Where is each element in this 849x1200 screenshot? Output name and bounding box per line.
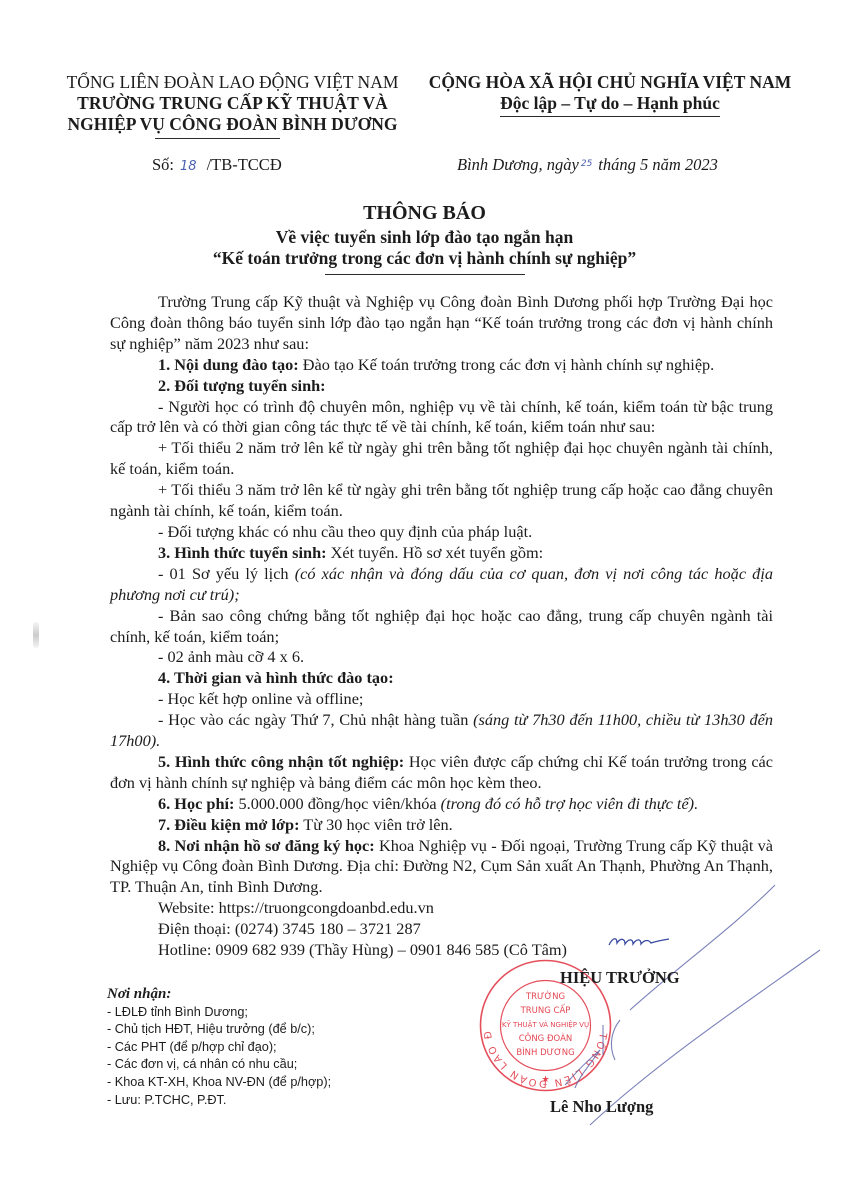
- section-3-item: - 02 ảnh màu cỡ 4 x 6.: [110, 647, 773, 668]
- section-6-note: (trong đó có hỗ trợ học viên đi thực tế)…: [441, 794, 699, 813]
- document-number: Số:18/TB-TCCĐ: [152, 155, 282, 175]
- doc-number-suffix: /TB-TCCĐ: [207, 155, 282, 174]
- section-5: 5. Hình thức công nhận tốt nghiệp: Học v…: [110, 752, 773, 794]
- section-6: 6. Học phí: 5.000.000 đồng/học viên/khóa…: [110, 794, 773, 815]
- initial-handwriting-icon: [607, 931, 687, 953]
- signature-scribble-icon: [560, 870, 840, 1130]
- school-name-line1: TRƯỜNG TRUNG CẤP KỸ THUẬT VÀ: [60, 93, 405, 114]
- recipient-item: - Chủ tịch HĐT, Hiệu trưởng (để b/c);: [107, 1021, 331, 1039]
- section-6-heading: 6. Học phí:: [158, 794, 234, 813]
- section-1-text: Đào tạo Kế toán trưởng trong các đơn vị …: [299, 355, 715, 374]
- date-suffix: tháng 5 năm 2023: [598, 155, 718, 174]
- section-3-item-text: - 01 Sơ yếu lý lịch: [158, 564, 295, 583]
- section-4-item: - Học kết hợp online và offline;: [110, 689, 773, 710]
- svg-text:★: ★: [541, 1075, 549, 1085]
- section-2-heading: 2. Đối tượng tuyển sinh:: [110, 376, 773, 397]
- section-3-item: - 01 Sơ yếu lý lịch (có xác nhận và đóng…: [110, 564, 773, 606]
- document-body: Trường Trung cấp Kỹ thuật và Nghiệp vụ C…: [110, 292, 773, 961]
- section-4-item: - Học vào các ngày Thứ 7, Chủ nhật hàng …: [110, 710, 773, 752]
- signer-title: HIỆU TRƯỞNG: [560, 968, 680, 988]
- document-subtitle: Về việc tuyển sinh lớp đào tạo ngắn hạn: [0, 227, 849, 248]
- title-divider: [325, 274, 525, 275]
- issuing-organization: TỔNG LIÊN ĐOÀN LAO ĐỘNG VIỆT NAM TRƯỜNG …: [60, 72, 405, 135]
- recipient-item: - Khoa KT-XH, Khoa NV-ĐN (để p/hợp);: [107, 1074, 331, 1092]
- signer-name: Lê Nho Lượng: [550, 1097, 653, 1117]
- section-7-text: Từ 30 học viên trở lên.: [300, 815, 453, 834]
- national-heading: CỘNG HÒA XÃ HỘI CHỦ NGHĨA VIỆT NAM Độc l…: [420, 72, 800, 117]
- school-name-line2: NGHIỆP VỤ CÔNG ĐOÀN BÌNH DƯƠNG: [60, 114, 405, 135]
- section-2-item: - Đối tượng khác có nhu cầu theo quy địn…: [110, 522, 773, 543]
- section-2-item: - Người học có trình độ chuyên môn, nghi…: [110, 397, 773, 439]
- section-7-heading: 7. Điều kiện mở lớp:: [158, 815, 300, 834]
- section-5-heading: 5. Hình thức công nhận tốt nghiệp:: [158, 752, 404, 771]
- header-left-divider: [155, 138, 280, 139]
- section-2-item: + Tối thiểu 2 năm trở lên kể từ ngày ghi…: [110, 438, 773, 480]
- recipients-heading: Nơi nhận:: [107, 986, 331, 1004]
- parent-organization: TỔNG LIÊN ĐOÀN LAO ĐỘNG VIỆT NAM: [60, 72, 405, 93]
- section-3-text: Xét tuyển. Hồ sơ xét tuyển gồm:: [327, 543, 544, 562]
- course-name: “Kế toán trưởng trong các đơn vị hành ch…: [0, 248, 849, 269]
- section-2-heading-text: 2. Đối tượng tuyển sinh:: [158, 376, 326, 395]
- document-date: Bình Dương, ngày25tháng 5 năm 2023: [457, 155, 718, 175]
- section-3-heading: 3. Hình thức tuyển sinh:: [158, 543, 327, 562]
- section-7: 7. Điều kiện mở lớp: Từ 30 học viên trở …: [110, 815, 773, 836]
- date-day-handwritten: 25: [581, 159, 592, 169]
- section-3: 3. Hình thức tuyển sinh: Xét tuyển. Hồ s…: [110, 543, 773, 564]
- section-4-heading: 4. Thời gian và hình thức đào tạo:: [110, 668, 773, 689]
- country-name: CỘNG HÒA XÃ HỘI CHỦ NGHĨA VIỆT NAM: [420, 72, 800, 93]
- doc-number-label: Số:: [152, 155, 174, 174]
- section-4-item-text: - Học vào các ngày Thứ 7, Chủ nhật hàng …: [158, 710, 473, 729]
- section-3-item: - Bản sao công chứng bằng tốt nghiệp đại…: [110, 606, 773, 648]
- recipient-item: - Lưu: P.TCHC, P.ĐT.: [107, 1092, 331, 1110]
- section-1-heading: 1. Nội dung đào tạo:: [158, 355, 299, 374]
- section-6-text: 5.000.000 đồng/học viên/khóa: [234, 794, 440, 813]
- document-title: THÔNG BÁO: [0, 202, 849, 225]
- recipient-item: - Các PHT (để p/hợp chỉ đạo);: [107, 1039, 331, 1057]
- intro-paragraph: Trường Trung cấp Kỹ thuật và Nghiệp vụ C…: [110, 292, 773, 355]
- date-prefix: Bình Dương, ngày: [457, 155, 579, 174]
- recipients-list: Nơi nhận: - LĐLĐ tỉnh Bình Dương; - Chủ …: [107, 986, 331, 1109]
- section-8-heading: 8. Nơi nhận hồ sơ đăng ký học:: [158, 836, 375, 855]
- national-motto: Độc lập – Tự do – Hạnh phúc: [500, 93, 720, 117]
- scan-artifact: [33, 622, 39, 648]
- recipient-item: - Các đơn vị, cá nhân có nhu cầu;: [107, 1056, 331, 1074]
- recipient-item: - LĐLĐ tỉnh Bình Dương;: [107, 1004, 331, 1022]
- doc-number-handwritten: 18: [180, 159, 197, 174]
- section-1: 1. Nội dung đào tạo: Đào tạo Kế toán trư…: [110, 355, 773, 376]
- section-2-item: + Tối thiểu 3 năm trở lên kể từ ngày ghi…: [110, 480, 773, 522]
- section-4-heading-text: 4. Thời gian và hình thức đào tạo:: [158, 668, 394, 687]
